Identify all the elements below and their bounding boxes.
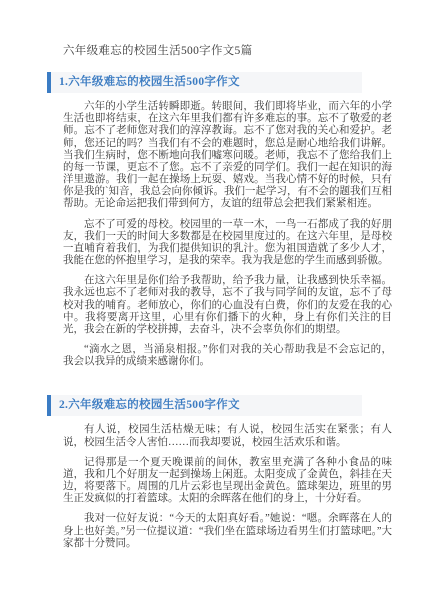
paragraph: 记得那是一个夏天晚课前的间休，教室里充满了各种小食品的味道，我和几个好朋友一起到… [63,457,392,506]
section-1-heading: 1.六年级难忘的校园生活500字作文 [47,72,362,93]
paragraph: 有人说，校园生活枯燥无味；有人说，校园生活实在紧张；有人说，校园生活令人害怕……… [63,424,392,448]
paragraph: 六年的小学生活转瞬即逝。转眼间，我们即将毕业，而六年的小学生活也即将结束，在这六… [63,101,392,211]
section-1-body: 六年的小学生活转瞬即逝。转眼间，我们即将毕业，而六年的小学生活也即将结束，在这六… [0,101,424,368]
paragraph: 我对一位好友说：“今天的太阳真好看。”她说：“嗯。余晖落在人的身上也好美。”另一… [63,513,392,550]
paragraph: “滴水之恩，当涌泉相报。”你们对我的关心帮助我是不会忘记的，我会以我异的成绩来感… [63,344,392,368]
section-2-heading: 2.六年级难忘的校园生活500字作文 [47,395,362,416]
document-title: 六年级难忘的校园生活500字作文5篇 [0,0,424,58]
paragraph: 在这六年里是你们给予我帮助，给予我力量，让我感到快乐幸福。我永远也忘不了老师对我… [63,275,392,336]
paragraph: 忘不了可爱的母校。校园里的一草一木，一鸟一石都成了我的好朋友，我们一天的时间大多… [63,219,392,268]
section-2-body: 有人说，校园生活枯燥无味；有人说，校园生活实在紧张；有人说，校园生活令人害怕……… [0,424,424,550]
section-1: 1.六年级难忘的校园生活500字作文 六年的小学生活转瞬即逝。转眼间，我们即将毕… [0,72,424,368]
section-2: 2.六年级难忘的校园生活500字作文 有人说，校园生活枯燥无味；有人说，校园生活… [0,395,424,550]
document-page: 六年级难忘的校园生活500字作文5篇 1.六年级难忘的校园生活500字作文 六年… [0,0,424,600]
